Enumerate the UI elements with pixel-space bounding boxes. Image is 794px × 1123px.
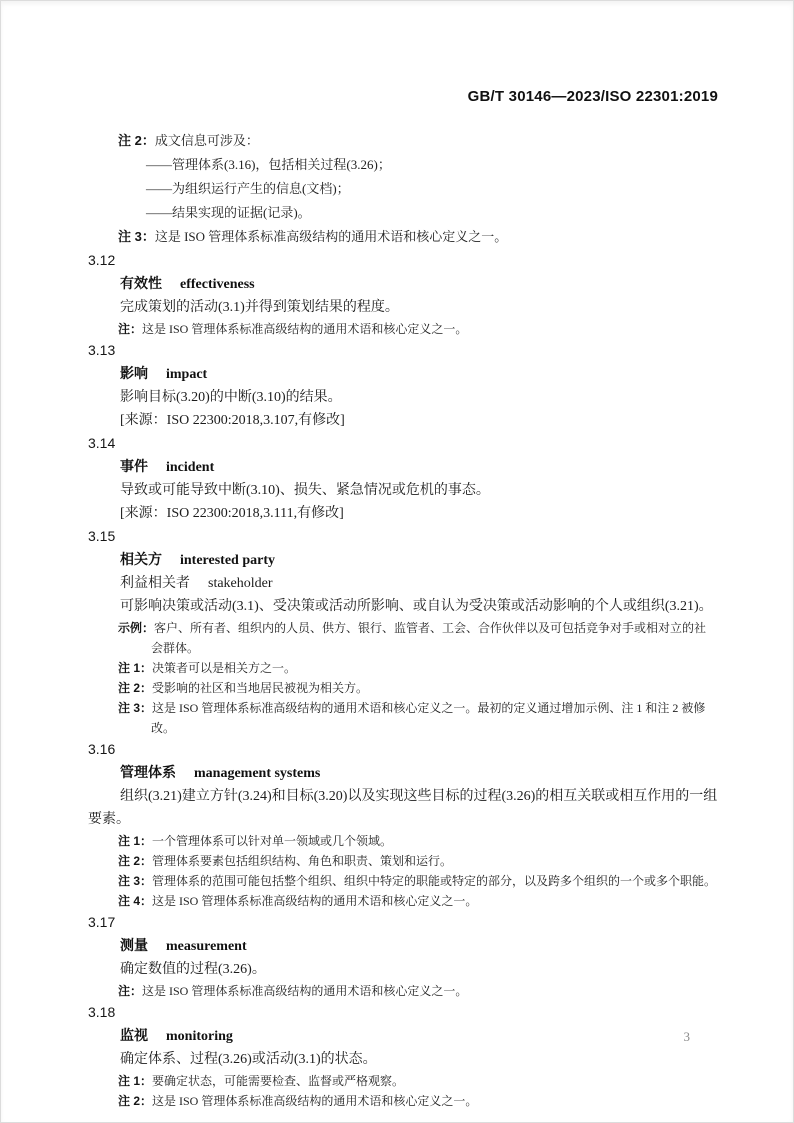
term-entry: 3.15 相关方interested party 利益相关者stakeholde… bbox=[88, 525, 718, 738]
page-number: 3 bbox=[684, 1029, 691, 1045]
term-heading: 监视monitoring bbox=[88, 1024, 718, 1048]
clause-number: 3.16 bbox=[88, 738, 718, 761]
note-label: 注 1： bbox=[118, 661, 152, 675]
term-heading: 测量measurement bbox=[88, 934, 718, 958]
note: 注 2：这是 ISO 管理体系标准高级结构的通用术语和核心定义之一。 bbox=[88, 1091, 718, 1111]
term-zh: 影响 bbox=[120, 365, 148, 381]
note-text: 一个管理体系可以针对单一领域或几个领域。 bbox=[152, 834, 392, 848]
note-text: 受影响的社区和当地居民被视为相关方。 bbox=[152, 681, 368, 695]
definition: 组织(3.21)建立方针(3.24)和目标(3.20)以及实现这些目标的过程(3… bbox=[88, 785, 718, 831]
term-zh: 有效性 bbox=[120, 275, 162, 291]
clause-number: 3.18 bbox=[88, 1001, 718, 1024]
note-label: 注 2： bbox=[118, 1094, 152, 1108]
term-en: monitoring bbox=[166, 1029, 233, 1044]
note-label: 注 2： bbox=[118, 681, 152, 695]
note-label: 注 1： bbox=[118, 1074, 152, 1088]
note-label: 注 2： bbox=[118, 854, 152, 868]
admitted-term-en: stakeholder bbox=[208, 576, 273, 591]
document-page: GB/T 30146—2023/ISO 22301:2019 注 2：成文信息可… bbox=[0, 0, 794, 1123]
list-item: ——管理体系(3.16)，包括相关过程(3.26)； bbox=[88, 153, 718, 177]
admitted-term-zh: 利益相关者 bbox=[120, 576, 190, 591]
term-en: incident bbox=[166, 460, 214, 475]
note: 注 3：这是 ISO 管理体系标准高级结构的通用术语和核心定义之一。 bbox=[88, 225, 718, 249]
note: 注：这是 ISO 管理体系标准高级结构的通用术语和核心定义之一。 bbox=[88, 981, 718, 1001]
note: 注 1：一个管理体系可以针对单一领域或几个领域。 bbox=[88, 831, 718, 851]
note-label: 注 2： bbox=[118, 133, 155, 148]
term-heading: 管理体系management systems bbox=[88, 761, 718, 785]
list-item: ——为组织运行产生的信息(文档)； bbox=[88, 177, 718, 201]
note-label: 注 3： bbox=[118, 701, 152, 715]
note-text: 管理体系的范围可能包括整个组织、组织中特定的职能或特定的部分，以及跨多个组织的一… bbox=[152, 874, 716, 888]
note-label: 注 3： bbox=[118, 229, 155, 244]
example-text: 客户、所有者、组织内的人员、供方、银行、监管者、工会、合作伙伴以及可包括竞争对手… bbox=[151, 621, 706, 655]
note-text: 要确定状态，可能需要检查、监督或严格观察。 bbox=[152, 1074, 404, 1088]
note-label: 注： bbox=[118, 322, 142, 336]
note: 注 2：成文信息可涉及： bbox=[88, 129, 718, 153]
list-item: ——结果实现的证据(记录)。 bbox=[88, 201, 718, 225]
definition: 确定数值的过程(3.26)。 bbox=[88, 958, 718, 981]
example: 示例：客户、所有者、组织内的人员、供方、银行、监管者、工会、合作伙伴以及可包括竞… bbox=[88, 618, 718, 658]
clause-number: 3.14 bbox=[88, 432, 718, 455]
source-citation: [来源：ISO 22300:2018,3.111,有修改] bbox=[88, 502, 718, 525]
term-heading: 相关方interested party bbox=[88, 548, 718, 572]
term-zh: 测量 bbox=[120, 937, 148, 953]
note: 注 1：决策者可以是相关方之一。 bbox=[88, 658, 718, 678]
term-entry: 3.16 管理体系management systems 组织(3.21)建立方针… bbox=[88, 738, 718, 911]
term-entry: 3.18 监视monitoring 确定体系、过程(3.26)或活动(3.1)的… bbox=[88, 1001, 718, 1111]
note-text: 这是 ISO 管理体系标准高级结构的通用术语和核心定义之一。 bbox=[142, 322, 467, 336]
term-en: interested party bbox=[180, 553, 275, 568]
term-heading: 事件incident bbox=[88, 455, 718, 479]
note-label: 注 3： bbox=[118, 874, 152, 888]
definition: 导致或可能导致中断(3.10)、损失、紧急情况或危机的事态。 bbox=[88, 479, 718, 502]
term-zh: 相关方 bbox=[120, 551, 162, 567]
term-heading: 有效性effectiveness bbox=[88, 272, 718, 296]
note: 注 1：要确定状态，可能需要检查、监督或严格观察。 bbox=[88, 1071, 718, 1091]
note: 注 4：这是 ISO 管理体系标准高级结构的通用术语和核心定义之一。 bbox=[88, 891, 718, 911]
term-zh: 管理体系 bbox=[120, 764, 176, 780]
term-entry: 3.14 事件incident 导致或可能导致中断(3.10)、损失、紧急情况或… bbox=[88, 432, 718, 525]
definition: 完成策划的活动(3.1)并得到策划结果的程度。 bbox=[88, 296, 718, 319]
note-label: 注： bbox=[118, 984, 142, 998]
note-text: 这是 ISO 管理体系标准高级结构的通用术语和核心定义之一。 bbox=[155, 229, 507, 244]
term-en: impact bbox=[166, 367, 207, 382]
note-text: 这是 ISO 管理体系标准高级结构的通用术语和核心定义之一。最初的定义通过增加示… bbox=[151, 701, 705, 735]
definition: 影响目标(3.20)的中断(3.10)的结果。 bbox=[88, 386, 718, 409]
carryover-notes: 注 2：成文信息可涉及： ——管理体系(3.16)，包括相关过程(3.26)； … bbox=[88, 129, 718, 249]
note: 注 2：受影响的社区和当地居民被视为相关方。 bbox=[88, 678, 718, 698]
note-text: 这是 ISO 管理体系标准高级结构的通用术语和核心定义之一。 bbox=[152, 1094, 477, 1108]
note-text: 这是 ISO 管理体系标准高级结构的通用术语和核心定义之一。 bbox=[142, 984, 467, 998]
term-entry: 3.17 测量measurement 确定数值的过程(3.26)。 注：这是 I… bbox=[88, 911, 718, 1001]
note: 注：这是 ISO 管理体系标准高级结构的通用术语和核心定义之一。 bbox=[88, 319, 718, 339]
note: 注 2：管理体系要素包括组织结构、角色和职责、策划和运行。 bbox=[88, 851, 718, 871]
source-citation: [来源：ISO 22300:2018,3.107,有修改] bbox=[88, 409, 718, 432]
term-entry: 3.12 有效性effectiveness 完成策划的活动(3.1)并得到策划结… bbox=[88, 249, 718, 339]
note-text: 成文信息可涉及： bbox=[155, 133, 259, 148]
clause-number: 3.12 bbox=[88, 249, 718, 272]
term-zh: 监视 bbox=[120, 1027, 148, 1043]
example-label: 示例： bbox=[118, 621, 154, 635]
note-text: 决策者可以是相关方之一。 bbox=[152, 661, 296, 675]
note-label: 注 1： bbox=[118, 834, 152, 848]
note-label: 注 4： bbox=[118, 894, 152, 908]
note-text: 这是 ISO 管理体系标准高级结构的通用术语和核心定义之一。 bbox=[152, 894, 477, 908]
page-content: GB/T 30146—2023/ISO 22301:2019 注 2：成文信息可… bbox=[88, 88, 718, 1111]
note-text: 管理体系要素包括组织结构、角色和职责、策划和运行。 bbox=[152, 854, 452, 868]
definition: 可影响决策或活动(3.1)、受决策或活动所影响、或自认为受决策或活动影响的个人或… bbox=[88, 595, 718, 618]
term-heading: 影响impact bbox=[88, 362, 718, 386]
term-zh: 事件 bbox=[120, 458, 148, 474]
admitted-term-heading: 利益相关者stakeholder bbox=[88, 572, 718, 595]
definition: 确定体系、过程(3.26)或活动(3.1)的状态。 bbox=[88, 1048, 718, 1071]
term-en: management systems bbox=[194, 766, 320, 781]
term-en: measurement bbox=[166, 939, 247, 954]
clause-number: 3.17 bbox=[88, 911, 718, 934]
note: 注 3：这是 ISO 管理体系标准高级结构的通用术语和核心定义之一。最初的定义通… bbox=[88, 698, 718, 738]
clause-number: 3.15 bbox=[88, 525, 718, 548]
note: 注 3：管理体系的范围可能包括整个组织、组织中特定的职能或特定的部分，以及跨多个… bbox=[88, 871, 718, 891]
term-entry: 3.13 影响impact 影响目标(3.20)的中断(3.10)的结果。 [来… bbox=[88, 339, 718, 432]
standard-number-header: GB/T 30146—2023/ISO 22301:2019 bbox=[88, 88, 718, 105]
clause-number: 3.13 bbox=[88, 339, 718, 362]
term-en: effectiveness bbox=[180, 277, 255, 292]
